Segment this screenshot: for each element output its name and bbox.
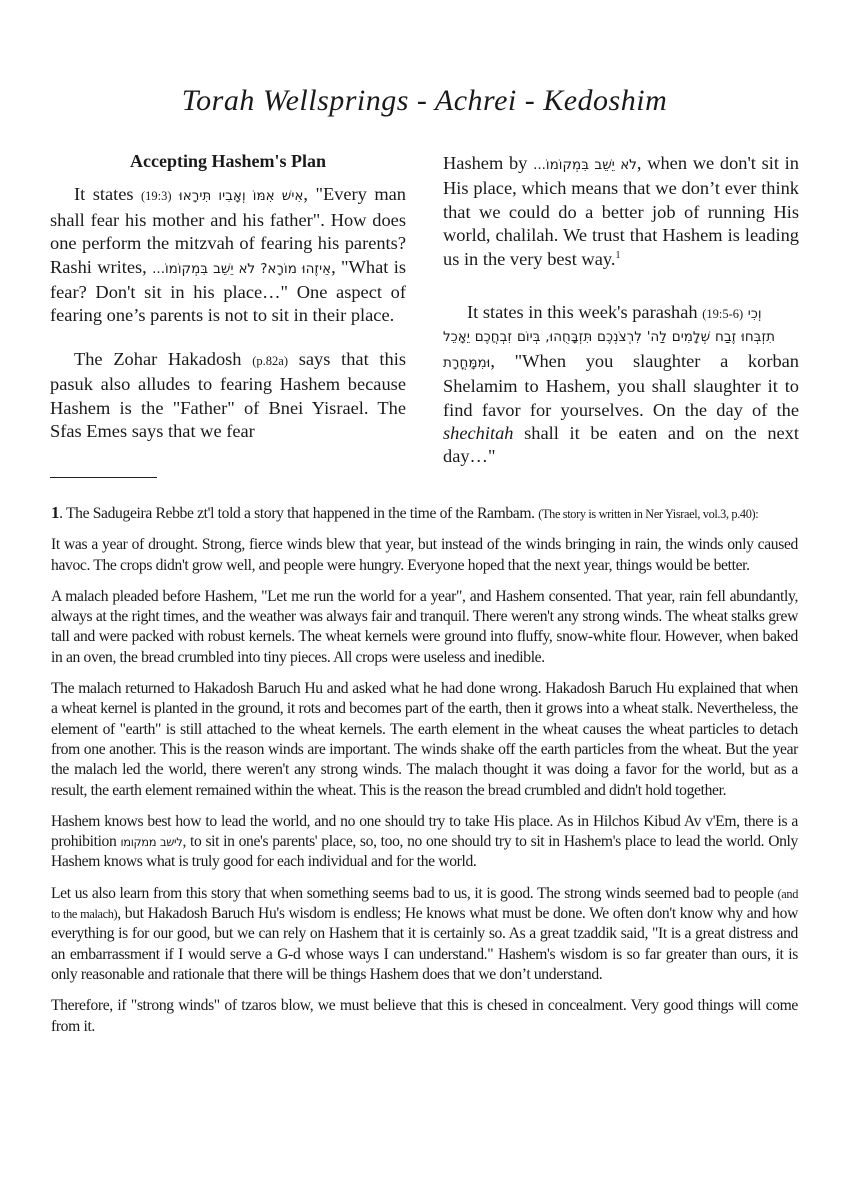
paragraph: וּמִמָּחֳרָת, "When you slaughter a korb… (443, 350, 799, 469)
text: . The Sadugeira Rebbe zt'l told a story … (59, 505, 538, 522)
paragraph: Hashem by לֹא יֵשֵׁב בִּמְקוֹמוֹ..., whe… (443, 152, 799, 271)
footnote-paragraph: Let us also learn from this story that w… (51, 884, 798, 985)
footnote-paragraph: The malach returned to Hakadosh Baruch H… (51, 679, 798, 801)
source-reference: (p.82a) (252, 354, 288, 368)
hebrew-quote: אֵיזֶהוּ מוֹרָא? לֹא יֵשֵׁב בִּמְקוֹמוֹ.… (152, 261, 331, 277)
footnote-paragraph: It was a year of drought. Strong, fierce… (51, 535, 798, 576)
source-reference: (The story is written in Ner Yisrael, vo… (538, 507, 758, 521)
hebrew-quote: אִישׁ אִמּוֹ וְאָבִיו תִּירָאוּ (179, 188, 303, 204)
hebrew-quote: וְכִי (748, 306, 762, 322)
right-column: Hashem by לֹא יֵשֵׁב בִּמְקוֹמוֹ..., whe… (443, 152, 799, 469)
text: The Zohar Hakadosh (74, 349, 252, 369)
paragraph: It states (19:3) אִישׁ אִמּוֹ וְאָבִיו ת… (50, 183, 406, 327)
footnote-paragraph: A malach pleaded before Hashem, "Let me … (51, 587, 798, 668)
paragraph: The Zohar Hakadosh (p.82a) says that thi… (50, 348, 406, 444)
text: It states in this week's parashah (467, 302, 702, 322)
footnote-paragraph: Therefore, if "strong winds" of tzaros b… (51, 996, 798, 1037)
footnote-intro: 1. The Sadugeira Rebbe zt'l told a story… (51, 503, 798, 524)
verse-reference: (19:3) (141, 189, 172, 203)
hebrew-quote: לישב ממקומו (120, 835, 182, 849)
italic-term: shechitah (443, 423, 513, 443)
footnote-ref[interactable]: 1 (615, 250, 620, 261)
footnote-number: 1 (51, 503, 59, 522)
text: , "When you slaughter a korban Shelamim … (443, 351, 799, 420)
page-title: Torah Wellsprings - Achrei - Kedoshim (0, 84, 849, 118)
section-heading: Accepting Hashem's Plan (50, 150, 406, 173)
paragraph: It states in this week's parashah (19:5-… (443, 301, 799, 326)
footnote-divider (50, 477, 157, 478)
footnote-paragraph: Hashem knows best how to lead the world,… (51, 812, 798, 873)
verse-reference: (19:5-6) (702, 307, 743, 321)
hebrew-verse-line: תִזְבְּחוּ זֶבַח שְׁלָמִים לַה' לִרְצֹנְ… (443, 326, 799, 349)
text: , but Hakadosh Baruch Hu's wisdom is end… (51, 905, 798, 983)
hebrew-quote: וּמִמָּחֳרָת (443, 355, 490, 371)
left-column: Accepting Hashem's Plan It states (19:3)… (50, 150, 406, 443)
hebrew-quote: לֹא יֵשֵׁב בִּמְקוֹמוֹ... (533, 157, 637, 173)
text: Let us also learn from this story that w… (51, 885, 778, 902)
text: It states (74, 184, 141, 204)
footnotes: 1. The Sadugeira Rebbe zt'l told a story… (51, 503, 798, 1048)
text: Hashem by (443, 153, 533, 173)
